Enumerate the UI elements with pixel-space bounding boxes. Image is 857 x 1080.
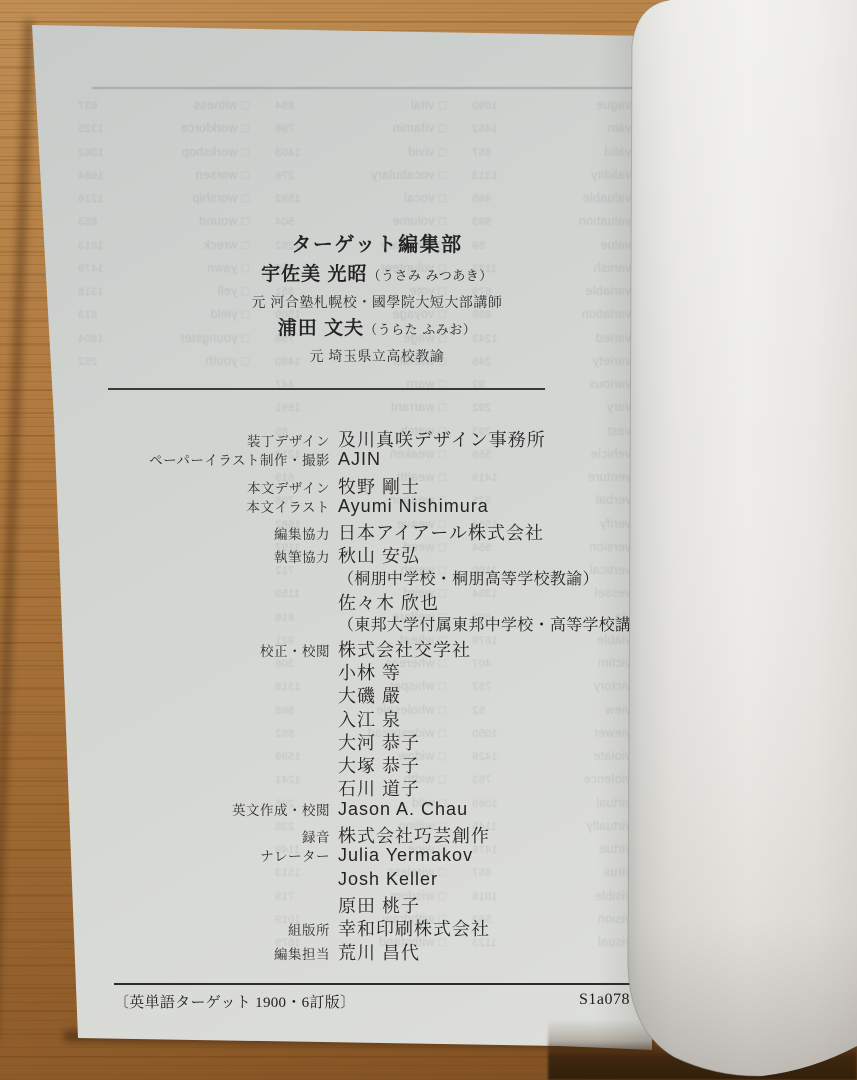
credit-value: 幸和印刷株式会社 <box>338 915 490 941</box>
credit-row: 大磯 嚴 <box>0 682 652 705</box>
ghost-page-number: 1318 <box>78 281 104 304</box>
credits-list: 装丁デザイン 及川真咲デザイン事務所 ペーパーイラスト制作・撮影 AJIN 本文… <box>0 426 652 962</box>
ghost-page-number: 1062 <box>78 142 104 165</box>
print-code: S1a078 <box>579 991 630 1012</box>
credit-row: 大塚 恭子 <box>0 752 652 775</box>
ghost-page-number: 292 <box>472 397 491 420</box>
credit-value: 小林 等 <box>338 659 401 685</box>
ghost-index-row: □ warn 447 <box>275 373 446 396</box>
ghost-index-row: □ vivid 1403 <box>275 141 446 164</box>
credit-row: Josh Keller <box>0 869 652 892</box>
credit-row: 小林 等 <box>0 659 652 682</box>
credit-value: 大河 恭子 <box>338 729 420 755</box>
ghost-word: □ warrant <box>391 396 446 419</box>
credit-value: 及川真咲デザイン事務所 <box>338 426 546 452</box>
ghost-word: □ vocal <box>404 187 446 210</box>
ghost-page-number: 1684 <box>78 165 104 188</box>
ghost-index-row: □ vocabulary 276 <box>275 164 446 187</box>
ghost-page-number: 1479 <box>78 258 104 281</box>
ghost-index-row: □ workforce 1325 <box>78 117 249 140</box>
credit-value: 株式会社交学社 <box>338 636 471 662</box>
credit-value: 佐々木 欣也 <box>338 589 439 615</box>
credit-row: 本文イラスト Ayumi Nishimura <box>0 496 652 519</box>
ghost-word: □ worsen <box>195 164 249 187</box>
ghost-page-number: 252 <box>78 351 97 374</box>
ghost-page-number: 853 <box>78 211 97 234</box>
credit-row: （東邦大学付属東邦中学校・高等学校講師） <box>0 612 652 635</box>
ghost-index-row: □ warrant 1691 <box>275 396 446 419</box>
ghost-page-number: 1325 <box>78 118 104 141</box>
ghost-word: □ vital <box>411 94 446 117</box>
credit-value: AJIN <box>338 449 381 470</box>
ghost-word: □ vitamin <box>393 117 446 140</box>
credit-row: 編集担当 荒川 昌代 <box>0 939 652 962</box>
colophon-footer: 〔英単語ターゲット 1900・6訂版〕 S1a078 <box>114 983 660 1012</box>
edition-title: 〔英単語ターゲット 1900・6訂版〕 <box>114 991 355 1012</box>
credit-row: 編集協力 日本アイアール株式会社 <box>0 519 652 542</box>
ghost-page-number: 1313 <box>472 165 498 188</box>
credit-value: 石川 道子 <box>338 775 420 801</box>
ghost-page-number: 1604 <box>78 328 104 351</box>
ghost-page-number: 1216 <box>78 188 104 211</box>
ghost-index-row: □ worship 1216 <box>78 187 249 210</box>
credit-row: 佐々木 欣也 <box>0 589 652 612</box>
ghost-word: □ witness <box>194 94 249 117</box>
credit-row: 装丁デザイン 及川真咲デザイン事務所 <box>0 426 652 449</box>
ghost-page-number: 637 <box>78 95 97 118</box>
credit-value: Jason A. Chau <box>338 799 468 820</box>
credit-value: （東邦大学付属東邦中学校・高等学校講師） <box>338 612 664 635</box>
footer-rule <box>114 983 660 985</box>
credit-row: ナレーター Julia Yermakov <box>0 845 652 868</box>
credit-row: 執筆協力 秋山 安弘 <box>0 542 652 565</box>
editor-name-line: 浦田 文夫（うらた ふみお） <box>110 313 644 340</box>
page-title: ターゲット編集部 <box>110 228 644 257</box>
ghost-word: □ warn <box>406 373 446 396</box>
credit-row: 入江 泉 <box>0 706 652 729</box>
credit-value: 大塚 恭子 <box>338 752 420 778</box>
ghost-page-number: 894 <box>275 95 294 118</box>
ghost-page-number: 1403 <box>275 142 301 165</box>
credit-value: 原田 桃子 <box>338 892 420 918</box>
editor-name-reading: （うらた ふみお） <box>364 322 476 337</box>
ghost-index-row: □ workshop 1062 <box>78 141 249 164</box>
credit-row: 原田 桃子 <box>0 892 652 915</box>
credit-value: 日本アイアール株式会社 <box>338 519 544 545</box>
ghost-word: □ workforce <box>180 117 249 140</box>
editor-affiliation: 元 河合塾札幌校・國學院大短大部講師 <box>110 292 644 312</box>
section-divider <box>108 388 545 390</box>
editor-name: 宇佐美 光昭 <box>261 264 367 285</box>
ghost-index-row: □ vocal 1592 <box>275 187 446 210</box>
credit-row: 石川 道子 <box>0 775 652 798</box>
credit-row: （桐朋中学校・桐朋高等学校教諭） <box>0 566 652 589</box>
ghost-page-number: 1462 <box>472 118 498 141</box>
credit-value: Julia Yermakov <box>338 845 473 866</box>
editor-name-line: 宇佐美 光昭（うさみ みつあき） <box>110 259 644 286</box>
ghost-page-number: 1613 <box>78 235 104 258</box>
credit-value: （桐朋中学校・桐朋高等学校教諭） <box>338 566 599 589</box>
ghost-index-row: □ vital 894 <box>275 94 446 117</box>
ghost-page-number: 657 <box>472 142 491 165</box>
credit-value: 秋山 安弘 <box>338 542 420 568</box>
credit-value: 入江 泉 <box>338 706 401 732</box>
ghost-page-number: 796 <box>275 118 294 141</box>
credit-row: ペーパーイラスト制作・撮影 AJIN <box>0 449 652 472</box>
ghost-word: □ vivid <box>408 141 446 164</box>
show-through-rule <box>92 87 648 89</box>
ghost-word: □ worship <box>192 187 249 210</box>
ghost-page-number: 813 <box>78 304 97 327</box>
book-photo-scene: □ vague 1090 □ vain 1462 □ valid 657 □ v… <box>0 0 857 1080</box>
credit-value: Josh Keller <box>338 869 438 890</box>
editor-name-reading: （うさみ みつあき） <box>367 268 492 283</box>
ghost-page-number: 1592 <box>275 188 301 211</box>
credit-value: 大磯 嚴 <box>338 682 401 708</box>
credit-row: 組版所 幸和印刷株式会社 <box>0 915 652 938</box>
ghost-page-number: 92 <box>472 374 485 397</box>
credit-value: 株式会社巧芸創作 <box>338 822 490 848</box>
credit-row: 校正・校閲 株式会社交学社 <box>0 636 652 659</box>
ghost-page-number: 276 <box>275 165 294 188</box>
editor-affiliation: 元 埼玉県立高校教諭 <box>110 346 644 366</box>
ghost-page-number: 1691 <box>275 397 301 420</box>
credit-row: 録音 株式会社巧芸創作 <box>0 822 652 845</box>
under-curl-wood-shadow <box>548 1020 857 1080</box>
credit-row: 大河 恭子 <box>0 729 652 752</box>
credit-row: 本文デザイン 牧野 剛士 <box>0 473 652 496</box>
editor-name: 浦田 文夫 <box>278 318 364 339</box>
ghost-page-number: 1090 <box>472 95 498 118</box>
ghost-page-number: 465 <box>472 188 491 211</box>
credit-value: 牧野 剛士 <box>338 473 420 499</box>
credit-value: Ayumi Nishimura <box>338 496 489 517</box>
credit-value: 荒川 昌代 <box>338 939 420 965</box>
ghost-word: □ vocabulary <box>371 164 446 187</box>
ghost-index-row: □ witness 637 <box>78 94 249 117</box>
ghost-page-number: 447 <box>275 374 294 397</box>
footer-row: 〔英単語ターゲット 1900・6訂版〕 S1a078 <box>114 991 660 1012</box>
credit-row: 英文作成・校閲 Jason A. Chau <box>0 799 652 822</box>
ghost-index-row: □ worsen 1684 <box>78 164 249 187</box>
ghost-index-row: □ vitamin 796 <box>275 117 446 140</box>
ghost-word: □ workshop <box>181 141 249 164</box>
